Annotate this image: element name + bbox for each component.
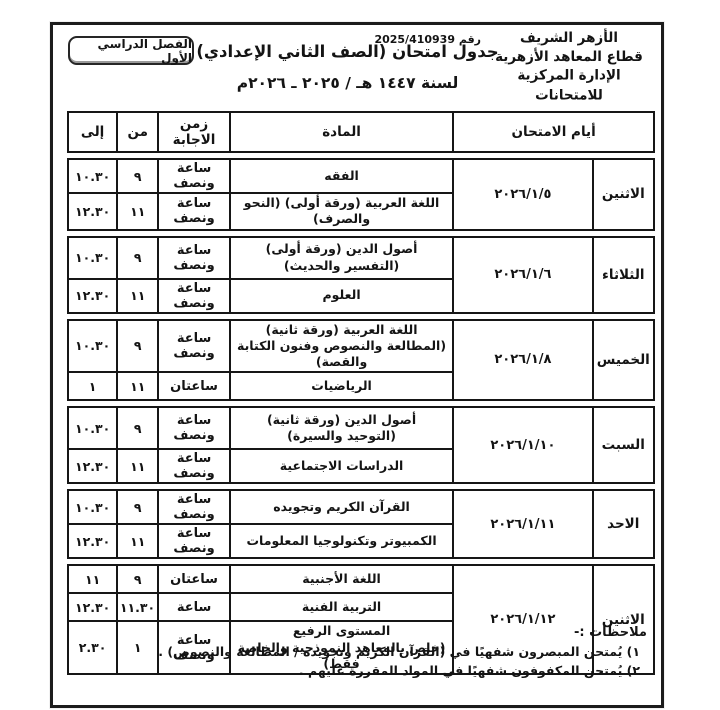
duration-cell: ساعتان xyxy=(158,372,230,400)
from-cell: ١١ xyxy=(117,524,158,558)
duration-cell: ساعة ونصف xyxy=(158,490,230,524)
logo-line-1: الأزهر الشريف xyxy=(485,29,653,48)
subject-cell: أصول الدين (ورقة أولى) (التفسير والحديث) xyxy=(230,237,453,279)
from-cell: ١١ xyxy=(117,449,158,483)
logo-line-3: الإدارة المركزية للامتحانات xyxy=(485,66,653,104)
page-frame: الأزهر الشريف قطاع المعاهد الأزهرية الإد… xyxy=(50,22,664,708)
document-header: الأزهر الشريف قطاع المعاهد الأزهرية الإد… xyxy=(53,25,661,111)
schedule-table: أيام الامتحان المادة زمن الاجابة من إلى … xyxy=(67,111,655,675)
from-cell: ١١ xyxy=(117,193,158,230)
col-header-duration: زمن الاجابة xyxy=(158,112,230,152)
subject-cell: الدراسات الاجتماعية xyxy=(230,449,453,483)
date-cell: ٢٠٢٦/١/٦ xyxy=(453,237,592,313)
duration-cell: ساعة xyxy=(158,593,230,621)
from-cell: ١١.٣٠ xyxy=(117,593,158,621)
to-cell: ١٠.٣٠ xyxy=(68,237,117,279)
from-cell: ٩ xyxy=(117,320,158,373)
subject-cell: الرياضيات xyxy=(230,372,453,400)
subject-cell: العلوم xyxy=(230,279,453,313)
notes-title: ملاحظات :- xyxy=(67,625,647,640)
exam-schedule-document: { "page": { "semester_badge": "الفصل الد… xyxy=(0,0,720,710)
page-title: جدول امتحان (الصف الثاني الإعدادي) xyxy=(195,42,500,61)
note-item-2: ٢) يُمتحن المكفوفون شفهيًا في المواد الم… xyxy=(67,661,647,680)
day-cell: السبت xyxy=(593,407,654,483)
date-cell: ٢٠٢٦/١/١١ xyxy=(453,490,592,558)
to-cell: ١٠.٣٠ xyxy=(68,320,117,373)
to-cell: ١٢.٣٠ xyxy=(68,193,117,230)
col-header-exam-days: أيام الامتحان xyxy=(453,112,654,152)
logo-line-2: قطاع المعاهد الأزهرية xyxy=(485,47,653,66)
subject-cell: اللغة العربية (ورقة ثانية) (المطالعة وال… xyxy=(230,320,453,373)
day-group-monday-jan5: الاثنين ٢٠٢٦/١/٥ الفقه ساعة ونصف ٩ ١٠.٣٠… xyxy=(67,158,655,231)
to-cell: ١ xyxy=(68,372,117,400)
duration-cell: ساعة ونصف xyxy=(158,407,230,449)
from-cell: ١١ xyxy=(117,279,158,313)
subject-cell: القرآن الكريم وتجويده xyxy=(230,490,453,524)
date-cell: ٢٠٢٦/١/٨ xyxy=(453,320,592,401)
col-header-subject: المادة xyxy=(230,112,453,152)
to-cell: ١٠.٣٠ xyxy=(68,159,117,193)
subject-cell: التربية الفنية xyxy=(230,593,453,621)
duration-cell: ساعة ونصف xyxy=(158,279,230,313)
to-cell: ١٠.٣٠ xyxy=(68,490,117,524)
day-cell: الثلاثاء xyxy=(593,237,654,313)
col-header-from: من xyxy=(117,112,158,152)
day-cell: الاحد xyxy=(593,490,654,558)
day-cell: الخميس xyxy=(593,320,654,401)
duration-cell: ساعة ونصف xyxy=(158,524,230,558)
day-cell: الاثنين xyxy=(593,159,654,230)
to-cell: ١٠.٣٠ xyxy=(68,407,117,449)
to-cell: ١٢.٣٠ xyxy=(68,593,117,621)
page-subtitle: لسنة ١٤٤٧ هـ / ٢٠٢٥ ـ ٢٠٢٦م xyxy=(195,74,500,92)
day-group-tuesday-jan6: الثلاثاء ٢٠٢٦/١/٦ أصول الدين (ورقة أولى)… xyxy=(67,236,655,314)
date-cell: ٢٠٢٦/١/١٠ xyxy=(453,407,592,483)
to-cell: ١٢.٣٠ xyxy=(68,524,117,558)
duration-cell: ساعة ونصف xyxy=(158,320,230,373)
subject-cell: الكمبيوتر وتكنولوجيا المعلومات xyxy=(230,524,453,558)
from-cell: ٩ xyxy=(117,159,158,193)
from-cell: ٩ xyxy=(117,407,158,449)
date-cell: ٢٠٢٦/١/٥ xyxy=(453,159,592,230)
from-cell: ٩ xyxy=(117,490,158,524)
notes-section: ملاحظات :- ١) يُمتحن المبصرون شفهيًا في … xyxy=(67,625,647,681)
duration-cell: ساعتان xyxy=(158,565,230,593)
day-group-sunday-jan11: الاحد ٢٠٢٦/١/١١ القرآن الكريم وتجويده سا… xyxy=(67,489,655,559)
duration-cell: ساعة ونصف xyxy=(158,237,230,279)
duration-cell: ساعة ونصف xyxy=(158,449,230,483)
to-cell: ١٢.٣٠ xyxy=(68,279,117,313)
from-cell: ٩ xyxy=(117,237,158,279)
subject-cell: اللغة الأجنبية xyxy=(230,565,453,593)
day-group-thursday-jan8: الخميس ٢٠٢٦/١/٨ اللغة العربية (ورقة ثاني… xyxy=(67,319,655,402)
day-group-saturday-jan10: السبت ٢٠٢٦/١/١٠ أصول الدين (ورقة ثانية) … xyxy=(67,406,655,484)
col-header-to: إلى xyxy=(68,112,117,152)
note-item-1: ١) يُمتحن المبصرون شفهيًا في (القرآن الك… xyxy=(67,642,647,661)
subject-cell: أصول الدين (ورقة ثانية) (التوحيد والسيرة… xyxy=(230,407,453,449)
duration-cell: ساعة ونصف xyxy=(158,159,230,193)
to-cell: ١٢.٣٠ xyxy=(68,449,117,483)
from-cell: ١١ xyxy=(117,372,158,400)
from-cell: ٩ xyxy=(117,565,158,593)
title-block: جدول امتحان (الصف الثاني الإعدادي) لسنة … xyxy=(195,42,500,92)
subject-cell: اللغة العربية (ورقة أولى) (النحو والصرف) xyxy=(230,193,453,230)
duration-cell: ساعة ونصف xyxy=(158,193,230,230)
table-header-row: أيام الامتحان المادة زمن الاجابة من إلى xyxy=(67,111,655,153)
to-cell: ١١ xyxy=(68,565,117,593)
al-azhar-logo: الأزهر الشريف قطاع المعاهد الأزهرية الإد… xyxy=(485,29,653,105)
subject-cell: الفقه xyxy=(230,159,453,193)
semester-badge: الفصل الدراسي الأول xyxy=(68,36,194,65)
